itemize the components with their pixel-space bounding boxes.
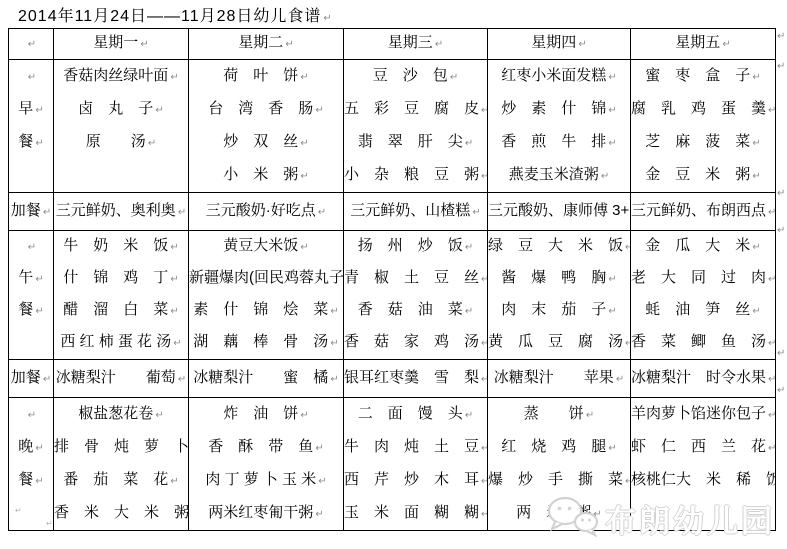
row-lunch: 午餐 牛 奶 米 饭什 锦 鸡 丁醋 溜 白 菜西 红 柿 蛋 花 汤 黄豆大米…: [9, 231, 776, 360]
cell-afternoon-snack-thursday: 冰糖梨汁 苹果: [488, 360, 631, 398]
cell-lunch-friday: 金 瓜 大 米老 大 同 过 肉蚝 油 笋 丝香 菜 鲫 鱼 汤: [631, 231, 776, 360]
menu-line: 小 杂 粮 豆 粥: [344, 159, 487, 192]
cell-morning-snack-thursday: 三元酸奶、康师傅 3+2: [488, 193, 631, 231]
menu-line: 新疆爆肉(回民鸡蓉丸子): [189, 263, 343, 295]
row-header-breakfast: 早餐: [9, 60, 54, 193]
col-header-label: 星期一: [93, 34, 148, 51]
menu-line: 餐: [9, 295, 53, 327]
menu-line: [9, 231, 53, 263]
menu-line: 番 茄 菜 花: [54, 464, 188, 497]
menu-line: 三元酸奶、康师傅 3+2: [488, 193, 630, 230]
menu-line: 西 红 柿 蛋 花 汤: [54, 327, 188, 359]
menu-line: 加餐: [9, 193, 53, 230]
menu-line: 冰糖梨汁 时令水果: [631, 360, 775, 397]
menu-line: 腐 乳 鸡 蛋 羹: [631, 93, 775, 126]
row-header-morning-snack: 加餐: [9, 193, 54, 231]
row-morning-snack: 加餐 三元鲜奶、奥利奥 三元酸奶·好吃点 三元鲜奶、山楂糕 三元酸奶、康师傅 3…: [9, 193, 776, 231]
cell-morning-snack-tuesday: 三元酸奶·好吃点: [189, 193, 344, 231]
menu-line: 香 菇 油 菜: [344, 295, 487, 327]
menu-line: 香 菜 鲫 鱼 汤: [631, 327, 775, 359]
menu-line: 肉 丁 萝 卜 玉 米: [189, 464, 343, 497]
col-header-label: 星期五: [675, 34, 730, 51]
paragraph-mark-icon: [777, 31, 785, 42]
cell-afternoon-snack-monday: 冰糖梨汁 葡萄: [54, 360, 189, 398]
cell-breakfast-friday: 蜜 枣 盒 子腐 乳 鸡 蛋 羹芝 麻 菠 菜金 豆 米 粥: [631, 60, 776, 193]
menu-line: 虾 仁 西 兰 花: [631, 431, 775, 464]
menu-line: 老 大 同 过 肉: [631, 263, 775, 295]
menu-line: 羊肉萝卜馅迷你包子: [631, 398, 775, 431]
col-header-tuesday: 星期二: [189, 29, 344, 60]
menu-line: 小 米 粥: [189, 159, 343, 192]
menu-line: 排 骨 炖 萝 卜: [54, 431, 188, 464]
menu-line: 五 彩 豆 腐 皮: [344, 93, 487, 126]
menu-line: 什 锦 鸡 丁: [54, 263, 188, 295]
menu-line: 豆 沙 包: [344, 60, 487, 93]
menu-line: 三元酸奶·好吃点: [189, 193, 343, 230]
menu-line: 青 椒 土 豆 丝: [344, 263, 487, 295]
page-title-text: 2014年11月24日——11月28日幼儿食谱: [18, 8, 333, 25]
paragraph-mark-icon: [777, 348, 785, 359]
cell-lunch-monday: 牛 奶 米 饭什 锦 鸡 丁醋 溜 白 菜西 红 柿 蛋 花 汤: [54, 231, 189, 360]
menu-line: 金 瓜 大 米: [631, 231, 775, 263]
menu-line: 两米红枣匍干粥: [189, 497, 343, 530]
col-header-blank: [9, 29, 54, 60]
menu-line: 加餐: [9, 360, 53, 397]
paragraph-mark-icon: [777, 61, 785, 72]
menu-line: 金 豆 米 粥: [631, 159, 775, 192]
col-header-friday: 星期五: [631, 29, 776, 60]
wechat-icon: [543, 494, 601, 543]
cell-morning-snack-monday: 三元鲜奶、奥利奥: [54, 193, 189, 231]
menu-line: 炒 双 丝: [189, 126, 343, 159]
menu-line: 三元鲜奶、奥利奥: [54, 193, 188, 230]
menu-line: 蒸 饼: [488, 398, 630, 431]
menu-line: 素 什 锦 烩 菜: [189, 295, 343, 327]
menu-line: 炸 油 饼: [189, 398, 343, 431]
cell-lunch-tuesday: 黄豆大米饭新疆爆肉(回民鸡蓉丸子)素 什 锦 烩 菜湖 藕 棒 骨 汤: [189, 231, 344, 360]
menu-line: 香 酥 带 鱼: [189, 431, 343, 464]
paragraph-mark-icon: [777, 385, 785, 396]
menu-line: 香 煎 牛 排: [488, 126, 630, 159]
cell-lunch-thursday: 绿 豆 大 米 饭酱 爆 鸭 胸肉 末 茄 子黄 瓜 豆 腐 汤: [488, 231, 631, 360]
col-header-monday: 星期一: [54, 29, 189, 60]
menu-line: 炒 素 什 锦: [488, 93, 630, 126]
menu-line: 荷 叶 饼: [189, 60, 343, 93]
menu-line: 绿 豆 大 米 饭: [488, 231, 630, 263]
row-afternoon-snack: 加餐 冰糖梨汁 葡萄 冰糖梨汁 蜜 橘 银耳红枣羹 雪 梨 冰糖梨汁 苹果 冰糖…: [9, 360, 776, 398]
menu-line: 冰糖梨汁 葡萄: [54, 360, 188, 397]
menu-line: 银耳红枣羹 雪 梨: [344, 360, 487, 397]
menu-line: 湖 藕 棒 骨 汤: [189, 327, 343, 359]
menu-line: 香菇肉丝绿叶面: [54, 60, 188, 93]
menu-line: 香 米 大 米 粥: [54, 497, 188, 530]
paragraph-mark-icon: [15, 506, 22, 515]
menu-line: 黄 瓜 豆 腐 汤: [488, 327, 630, 359]
page-title: 2014年11月24日——11月28日幼儿食谱: [18, 3, 333, 26]
paragraph-mark-icon: [777, 225, 785, 236]
menu-table: 星期一 星期二 星期三 星期四 星期五 早餐 香菇肉丝绿叶面卤 丸 子原 汤 荷…: [8, 28, 776, 531]
menu-line: 原 汤: [54, 126, 188, 159]
menu-line: 西 芹 炒 木 耳: [344, 464, 487, 497]
cell-morning-snack-friday: 三元鲜奶、布朗西点: [631, 193, 776, 231]
watermark-brand-text: 布朗幼儿园: [605, 496, 775, 541]
cell-breakfast-thursday: 红枣小米面发糕炒 素 什 锦香 煎 牛 排燕麦玉米渣粥: [488, 60, 631, 193]
menu-line: 二 面 馒 头: [344, 398, 487, 431]
menu-line: 三元鲜奶、山楂糕: [344, 193, 487, 230]
col-header-label: 星期三: [388, 34, 443, 51]
cell-breakfast-tuesday: 荷 叶 饼台 湾 香 肠炒 双 丝小 米 粥: [189, 60, 344, 193]
menu-line: 蜜 枣 盒 子: [631, 60, 775, 93]
cell-breakfast-wednesday: 豆 沙 包五 彩 豆 腐 皮翡 翠 肝 尖小 杂 粮 豆 粥: [344, 60, 488, 193]
cell-dinner-wednesday: 二 面 馒 头牛 肉 炖 土 豆西 芹 炒 木 耳玉 米 面 糊 糊: [344, 398, 488, 531]
menu-line: 燕麦玉米渣粥: [488, 159, 630, 192]
menu-line: 牛 肉 炖 土 豆: [344, 431, 487, 464]
menu-line: 核桃仁大 米 稀 饭: [631, 464, 775, 497]
paragraph-mark-icon: [46, 519, 53, 528]
menu-line: [9, 60, 53, 93]
col-header-wednesday: 星期三: [344, 29, 488, 60]
menu-line: 醋 溜 白 菜: [54, 295, 188, 327]
row-header-lunch: 午餐: [9, 231, 54, 360]
menu-line: 冰糖梨汁 苹果: [488, 360, 630, 397]
col-header-label: 星期二: [238, 34, 293, 51]
menu-line: 翡 翠 肝 尖: [344, 126, 487, 159]
paragraph-mark-icon: [777, 188, 785, 199]
cell-lunch-wednesday: 扬 州 炒 饭青 椒 土 豆 丝香 菇 油 菜香 菇 家 鸡 汤: [344, 231, 488, 360]
cell-morning-snack-wednesday: 三元鲜奶、山楂糕: [344, 193, 488, 231]
menu-line: 椒盐葱花卷: [54, 398, 188, 431]
menu-line: 餐: [9, 126, 53, 159]
menu-line: 台 湾 香 肠: [189, 93, 343, 126]
header-row: 星期一 星期二 星期三 星期四 星期五: [9, 29, 776, 60]
menu-line: 晚: [9, 431, 53, 464]
col-header-label: 星期四: [531, 34, 586, 51]
menu-line: 红 烧 鸡 腿: [488, 431, 630, 464]
cell-dinner-monday: 椒盐葱花卷排 骨 炖 萝 卜番 茄 菜 花香 米 大 米 粥: [54, 398, 189, 531]
menu-line: 肉 末 茄 子: [488, 295, 630, 327]
menu-line: 餐: [9, 464, 53, 497]
col-header-thursday: 星期四: [488, 29, 631, 60]
row-breakfast: 早餐 香菇肉丝绿叶面卤 丸 子原 汤 荷 叶 饼台 湾 香 肠炒 双 丝小 米 …: [9, 60, 776, 193]
menu-line: 爆 炒 手 撕 菜: [488, 464, 630, 497]
menu-line: 玉 米 面 糊 糊: [344, 497, 487, 530]
col-header-label: [26, 34, 36, 51]
menu-line: 冰糖梨汁 蜜 橘: [189, 360, 343, 397]
menu-line: 卤 丸 子: [54, 93, 188, 126]
cell-afternoon-snack-tuesday: 冰糖梨汁 蜜 橘: [189, 360, 344, 398]
menu-line: 牛 奶 米 饭: [54, 231, 188, 263]
menu-line: 扬 州 炒 饭: [344, 231, 487, 263]
menu-line: 早: [9, 93, 53, 126]
cell-dinner-tuesday: 炸 油 饼香 酥 带 鱼肉 丁 萝 卜 玉 米两米红枣匍干粥: [189, 398, 344, 531]
menu-line: 红枣小米面发糕: [488, 60, 630, 93]
menu-line: [9, 398, 53, 431]
document-page: { "title": "2014年11月24日——11月28日幼儿食谱", "t…: [0, 0, 787, 549]
menu-line: 黄豆大米饭: [189, 231, 343, 263]
menu-line: 午: [9, 263, 53, 295]
menu-line: 蚝 油 笋 丝: [631, 295, 775, 327]
menu-line: 香 菇 家 鸡 汤: [344, 327, 487, 359]
menu-line: 三元鲜奶、布朗西点: [631, 193, 775, 230]
cell-afternoon-snack-wednesday: 银耳红枣羹 雪 梨: [344, 360, 488, 398]
row-header-afternoon-snack: 加餐: [9, 360, 54, 398]
cell-afternoon-snack-friday: 冰糖梨汁 时令水果: [631, 360, 776, 398]
menu-line: 芝 麻 菠 菜: [631, 126, 775, 159]
menu-line: 酱 爆 鸭 胸: [488, 263, 630, 295]
cell-breakfast-monday: 香菇肉丝绿叶面卤 丸 子原 汤: [54, 60, 189, 193]
kindergarten-watermark: 布朗幼儿园: [543, 494, 775, 543]
